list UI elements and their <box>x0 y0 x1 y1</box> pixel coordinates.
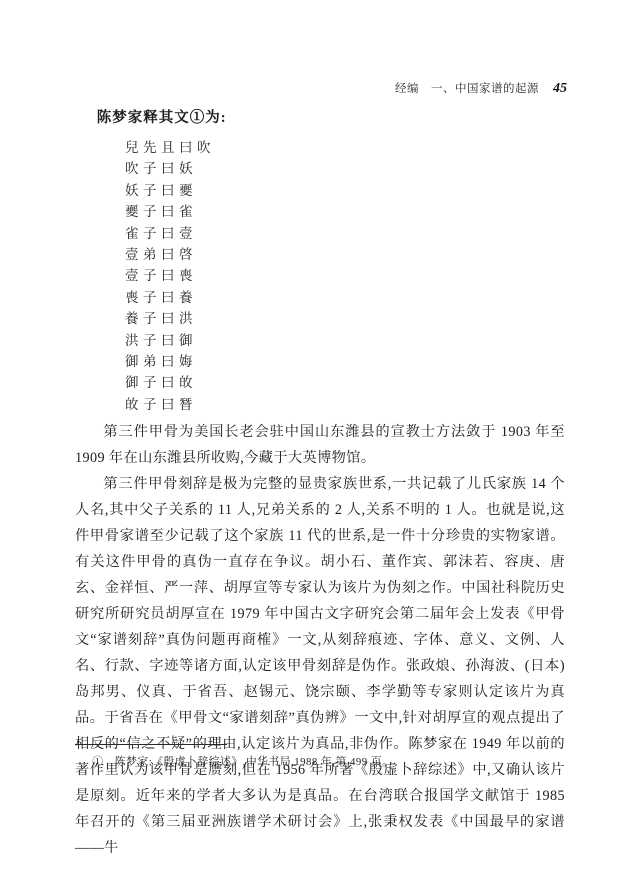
paragraph: 第三件甲骨刻辞是极为完整的显贵家族世系,一共记载了儿氏家族 14 个人名,其中父… <box>75 471 565 861</box>
genealogy-line: 壹子曰喪 <box>125 265 215 286</box>
running-header: 经编 一、中国家谱的起源 45 <box>395 80 567 97</box>
genealogy-list: 兒先且曰吹 吹子曰妖 妖子曰夒 夒子曰雀 雀子曰壹 壹弟曰啓 壹子曰喪 喪子曰養… <box>125 137 215 415</box>
genealogy-line: 御弟曰娒 <box>125 351 215 372</box>
genealogy-line: 夒子曰雀 <box>125 201 215 222</box>
running-title: 经编 一、中国家谱的起源 <box>395 80 539 96</box>
page-number: 45 <box>553 81 567 97</box>
book-page: 经编 一、中国家谱的起源 45 陈梦家释其文①为: 兒先且曰吹 吹子曰妖 妖子曰… <box>0 0 634 888</box>
intro-line: 陈梦家释其文①为: <box>75 106 565 127</box>
footnote-divider <box>75 744 227 745</box>
footnote: ① 陈梦家:《殷虚卜辞综述》,中华书局,1988 年,第 499 页。 <box>75 754 545 769</box>
body-text: 第三件甲骨为美国长老会驻中国山东潍县的宣教士方法敛于 1903 年至 1909 … <box>75 419 565 861</box>
genealogy-line: 喪子曰養 <box>125 287 215 308</box>
genealogy-line: 妖子曰夒 <box>125 180 215 201</box>
paragraph: 第三件甲骨为美国长老会驻中国山东潍县的宣教士方法敛于 1903 年至 1909 … <box>75 419 565 471</box>
genealogy-line: 敀子曰朁 <box>125 394 215 415</box>
genealogy-line: 雀子曰壹 <box>125 223 215 244</box>
genealogy-line: 兒先且曰吹 <box>125 137 215 158</box>
genealogy-line: 御子曰敀 <box>125 372 215 393</box>
genealogy-line: 養子曰洪 <box>125 308 215 329</box>
genealogy-line: 洪子曰御 <box>125 330 215 351</box>
genealogy-line: 吹子曰妖 <box>125 158 215 179</box>
genealogy-line: 壹弟曰啓 <box>125 244 215 265</box>
